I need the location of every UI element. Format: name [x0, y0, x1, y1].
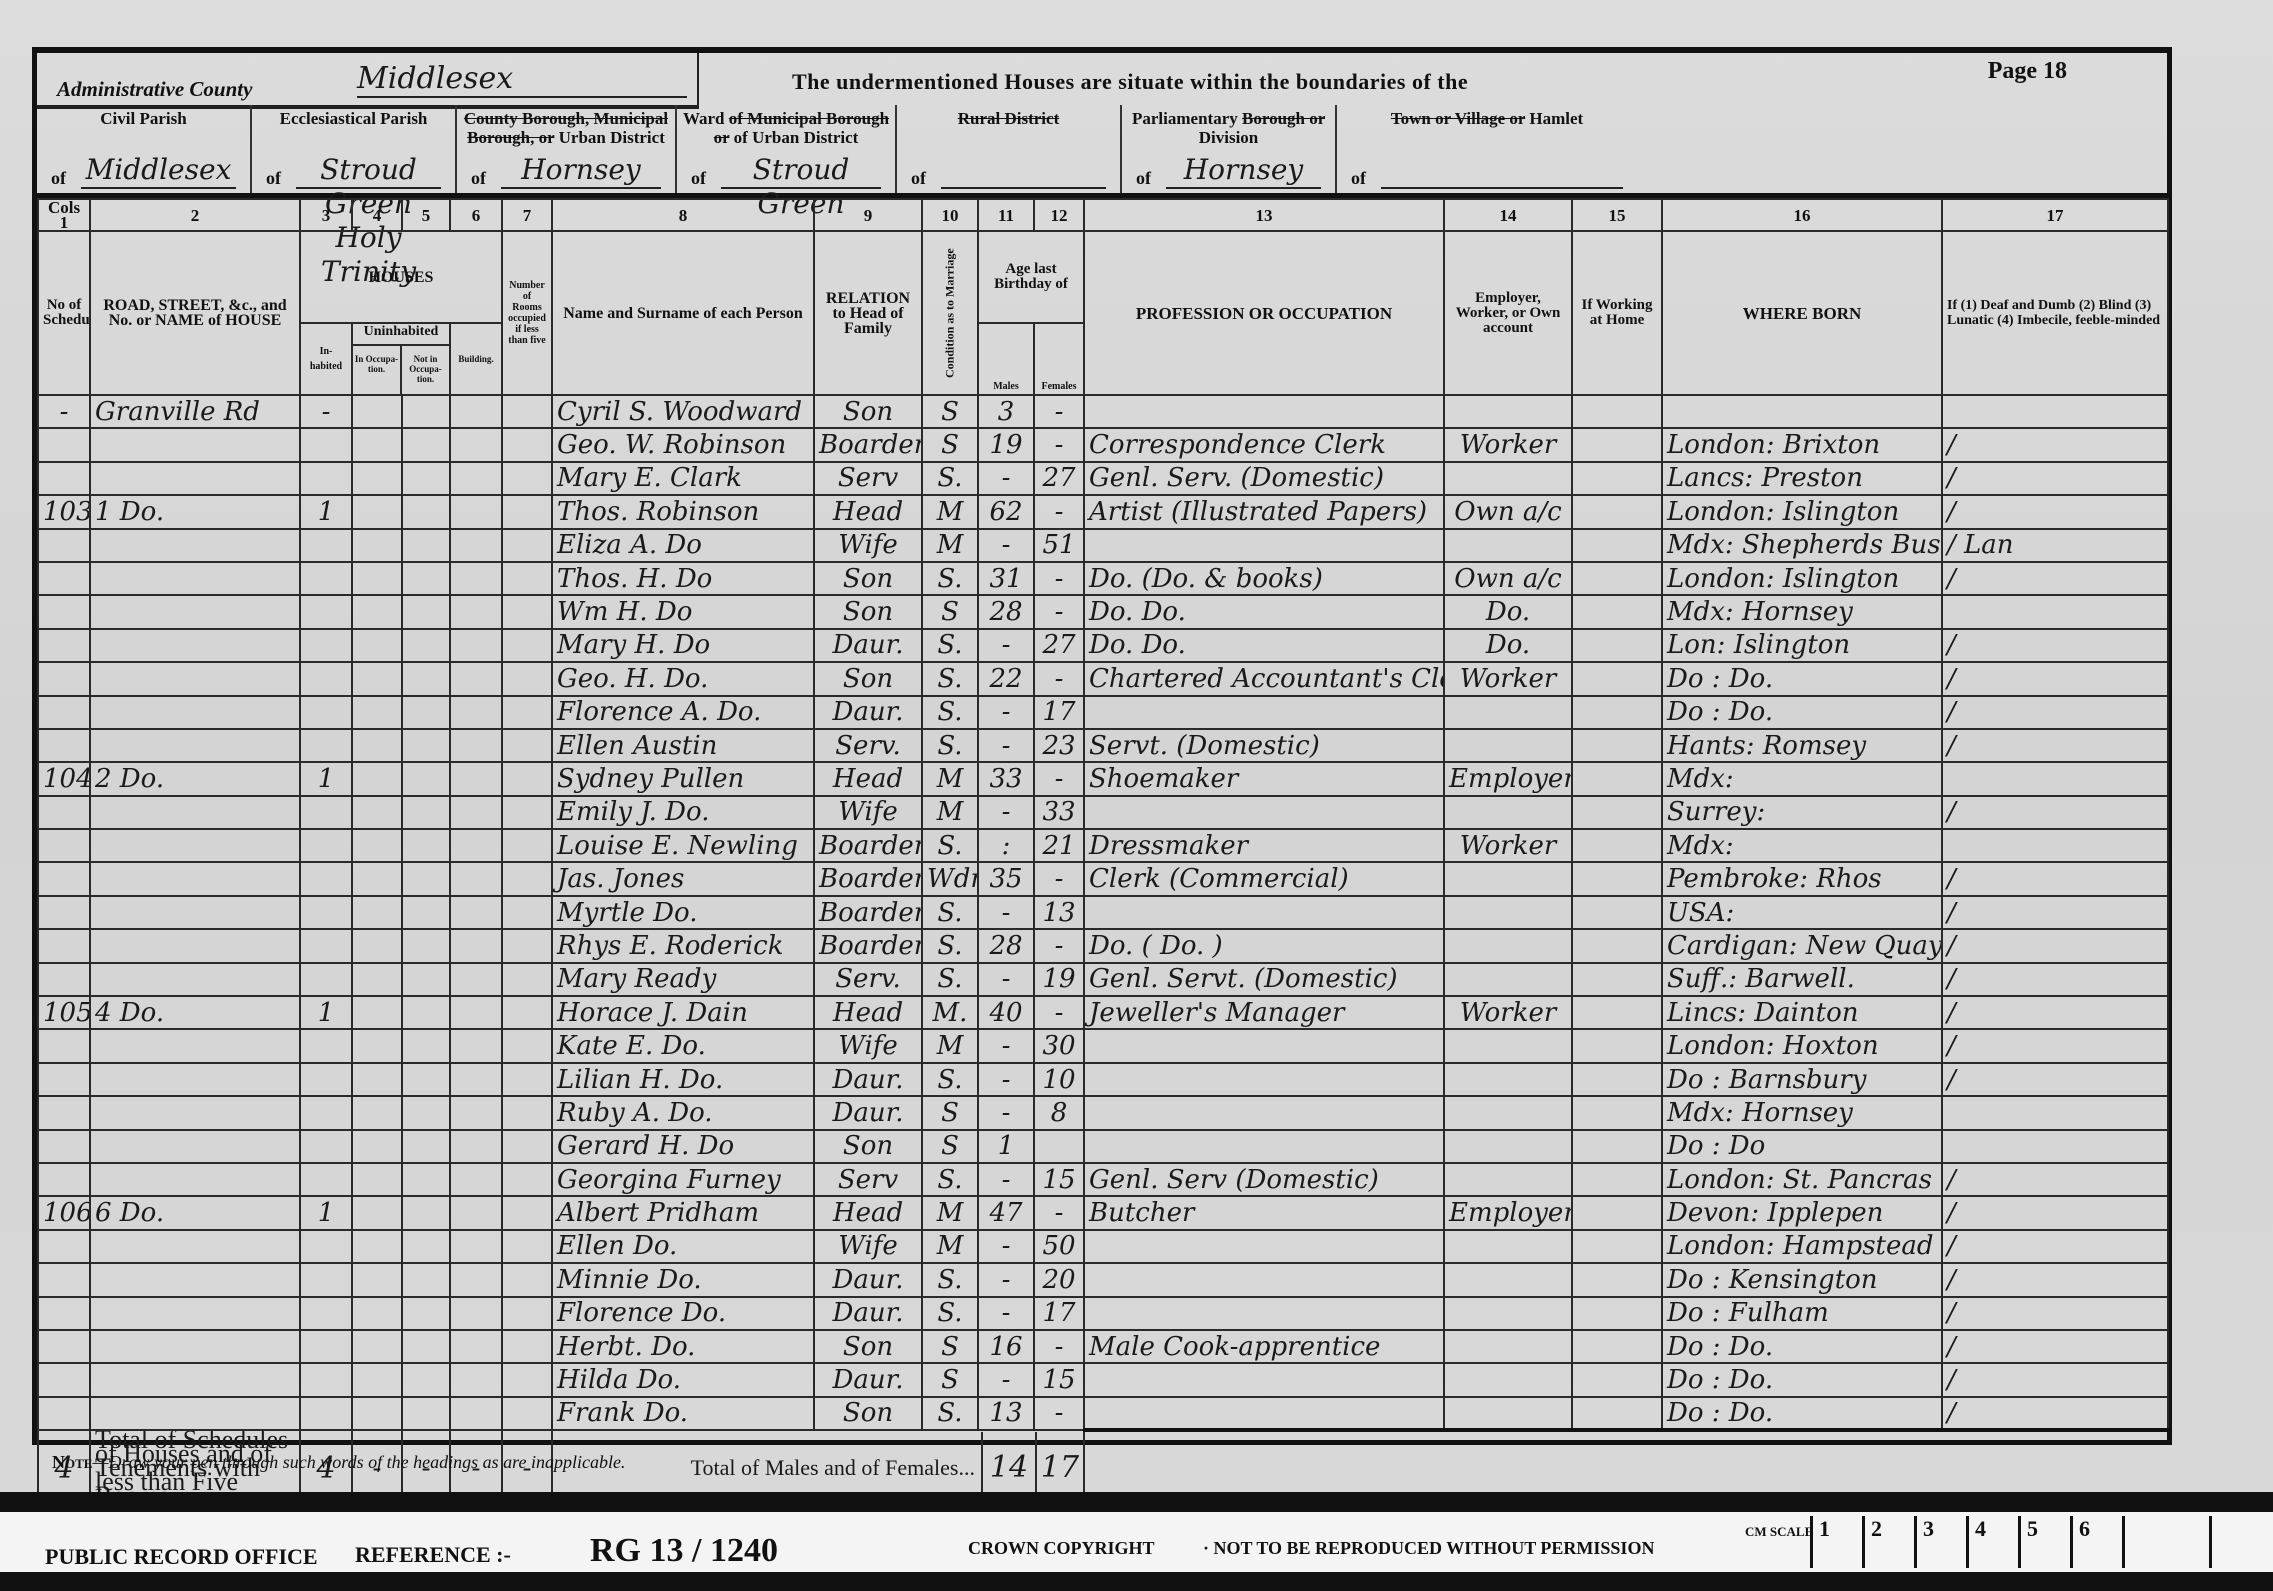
infirmity: / — [1942, 462, 2168, 495]
occupation: Genl. Serv. (Domestic) — [1084, 462, 1444, 495]
occupation — [1084, 1363, 1444, 1396]
uninhabited-not-in-occupation — [402, 495, 450, 528]
infirmity: / — [1942, 696, 2168, 729]
condition: M — [922, 1196, 978, 1229]
uninhabited-not-in-occupation — [402, 1130, 450, 1163]
table-row: Herbt. Do.SonS16-Male Cook-apprenticeDo … — [38, 1330, 2168, 1363]
age-female: - — [1034, 595, 1084, 628]
note-text: —Draw your pen through such words of the… — [92, 1452, 625, 1472]
infirmity: / — [1942, 796, 2168, 829]
road-address — [90, 862, 300, 895]
rooms — [502, 963, 552, 996]
occupation: Male Cook-apprentice — [1084, 1330, 1444, 1363]
table-row: Myrtle Do.BoarderS.-13USA:/ — [38, 896, 2168, 929]
infirmity — [1942, 595, 2168, 628]
infirmity — [1942, 762, 2168, 795]
condition: S. — [922, 1263, 978, 1296]
scale-mark: 5 — [2018, 1516, 2070, 1568]
building — [450, 1063, 502, 1096]
relation: Head — [814, 1196, 922, 1229]
area-value — [1381, 153, 1623, 189]
schedule-number — [38, 696, 90, 729]
relation: Head — [814, 762, 922, 795]
schedule-number — [38, 896, 90, 929]
where-born: Lincs: Dainton — [1662, 996, 1942, 1029]
person-name: Sydney Pullen — [552, 762, 814, 795]
where-born: Do : Do. — [1662, 662, 1942, 695]
age-male: 19 — [978, 428, 1034, 461]
working-at-home — [1572, 529, 1662, 562]
uninhabited-in-occupation — [352, 1196, 402, 1229]
age-female: - — [1034, 562, 1084, 595]
occupation — [1084, 696, 1444, 729]
area-value: Stroud Green — [721, 153, 881, 189]
table-row: Mary E. ClarkServS.-27Genl. Serv. (Domes… — [38, 462, 2168, 495]
building — [450, 395, 502, 428]
header-uninhabited: Uninhabited — [353, 324, 449, 346]
relation: Son — [814, 395, 922, 428]
employer-status — [1444, 1063, 1572, 1096]
working-at-home — [1572, 662, 1662, 695]
person-name: Horace J. Dain — [552, 996, 814, 1029]
building — [450, 696, 502, 729]
occupation: Genl. Serv (Domestic) — [1084, 1163, 1444, 1196]
schedule-number — [38, 1297, 90, 1330]
where-born: Mdx: — [1662, 829, 1942, 862]
where-born: Hants: Romsey — [1662, 729, 1942, 762]
header-employer: Employer, Worker, or Own account — [1444, 231, 1572, 395]
permission-notice: · NOT TO BE REPRODUCED WITHOUT PERMISSIO… — [1203, 1538, 1654, 1559]
inhabited — [300, 1063, 352, 1096]
working-at-home — [1572, 395, 1662, 428]
rooms — [502, 829, 552, 862]
person-name: Jas. Jones — [552, 862, 814, 895]
inhabited: 1 — [300, 1196, 352, 1229]
person-name: Mary Ready — [552, 963, 814, 996]
uninhabited-in-occupation — [352, 1163, 402, 1196]
road-address: 4 Do. — [90, 996, 300, 1029]
age-female: 15 — [1034, 1363, 1084, 1396]
age-female: - — [1034, 428, 1084, 461]
uninhabited-in-occupation — [352, 796, 402, 829]
uninhabited-not-in-occupation — [402, 1063, 450, 1096]
person-name: Gerard H. Do — [552, 1130, 814, 1163]
table-row: -Granville Rd-Cyril S. WoodwardSonS3- — [38, 395, 2168, 428]
column-number: 11 — [978, 199, 1034, 231]
employer-status — [1444, 1230, 1572, 1263]
infirmity: / — [1942, 428, 2168, 461]
scale-mark: 4 — [1966, 1516, 2018, 1568]
person-name: Eliza A. Do — [552, 529, 814, 562]
infirmity — [1942, 1096, 2168, 1129]
road-address — [90, 428, 300, 461]
table-row: 1054 Do.1Horace J. DainHeadM.40-Jeweller… — [38, 996, 2168, 1029]
person-name: Geo. W. Robinson — [552, 428, 814, 461]
uninhabited-not-in-occupation — [402, 829, 450, 862]
age-female: 8 — [1034, 1096, 1084, 1129]
age-female: - — [1034, 929, 1084, 962]
age-female: - — [1034, 762, 1084, 795]
table-row: Lilian H. Do.Daur.S.-10Do : Barnsbury/ — [38, 1063, 2168, 1096]
building — [450, 829, 502, 862]
infirmity: / — [1942, 963, 2168, 996]
header-houses: HOUSES — [300, 231, 502, 323]
table-row: Ellen Do.WifeM-50London: Hampstead/ — [38, 1230, 2168, 1263]
uninhabited-not-in-occupation — [402, 963, 450, 996]
infirmity: / — [1942, 1397, 2168, 1430]
column-number: 3 — [300, 199, 352, 231]
occupation — [1084, 1297, 1444, 1330]
age-male: 31 — [978, 562, 1034, 595]
uninhabited-not-in-occupation — [402, 1330, 450, 1363]
occupation: Dressmaker — [1084, 829, 1444, 862]
employer-status: Worker — [1444, 829, 1572, 862]
uninhabited-in-occupation — [352, 1330, 402, 1363]
employer-status — [1444, 1297, 1572, 1330]
age-female: 10 — [1034, 1063, 1084, 1096]
schedule-number — [38, 1263, 90, 1296]
infirmity: / — [1942, 1263, 2168, 1296]
uninhabited-in-occupation — [352, 996, 402, 1029]
page-number: Page 18 — [1988, 58, 2067, 85]
relation: Daur. — [814, 1297, 922, 1330]
admin-county-label: Administrative County — [57, 77, 252, 102]
working-at-home — [1572, 929, 1662, 962]
age-male: - — [978, 963, 1034, 996]
employer-status — [1444, 929, 1572, 962]
age-female: - — [1034, 495, 1084, 528]
uninhabited-in-occupation — [352, 529, 402, 562]
inhabited — [300, 963, 352, 996]
area-of: of — [1136, 168, 1151, 189]
rooms — [502, 428, 552, 461]
road-address — [90, 595, 300, 628]
schedule-number — [38, 963, 90, 996]
age-female: 17 — [1034, 1297, 1084, 1330]
inhabited — [300, 696, 352, 729]
person-name: Ellen Do. — [552, 1230, 814, 1263]
schedule-number — [38, 1363, 90, 1396]
working-at-home — [1572, 729, 1662, 762]
rooms — [502, 696, 552, 729]
employer-status — [1444, 1263, 1572, 1296]
schedule-number — [38, 729, 90, 762]
where-born: Do : Do. — [1662, 696, 1942, 729]
building — [450, 1196, 502, 1229]
occupation — [1084, 1397, 1444, 1430]
relation: Daur. — [814, 1096, 922, 1129]
inhabited — [300, 896, 352, 929]
relation: Wife — [814, 1029, 922, 1062]
employer-status — [1444, 529, 1572, 562]
where-born: USA: — [1662, 896, 1942, 929]
building — [450, 862, 502, 895]
person-name: Emily J. Do. — [552, 796, 814, 829]
rooms — [502, 896, 552, 929]
employer-status — [1444, 1397, 1572, 1430]
area-1: Ecclesiastical Parish ofStroud Green Hol… — [252, 105, 457, 193]
employer-status — [1444, 963, 1572, 996]
infirmity: / — [1942, 1063, 2168, 1096]
table-row: Louise E. NewlingBoarderS.:21DressmakerW… — [38, 829, 2168, 862]
table-row: Mary H. DoDaur.S.-27Do. Do.Do.Lon: Islin… — [38, 629, 2168, 662]
relation: Son — [814, 562, 922, 595]
road-address — [90, 1330, 300, 1363]
condition: M — [922, 762, 978, 795]
age-male: : — [978, 829, 1034, 862]
age-male: 3 — [978, 395, 1034, 428]
infirmity: / — [1942, 1230, 2168, 1263]
column-number: 8 — [552, 199, 814, 231]
schedule-number — [38, 829, 90, 862]
uninhabited-not-in-occupation — [402, 629, 450, 662]
column-number: 12 — [1034, 199, 1084, 231]
age-male: - — [978, 1029, 1034, 1062]
building — [450, 963, 502, 996]
road-address: 1 Do. — [90, 495, 300, 528]
relation: Son — [814, 595, 922, 628]
working-at-home — [1572, 1196, 1662, 1229]
occupation — [1084, 529, 1444, 562]
footer-band: PUBLIC RECORD OFFICE REFERENCE :- RG 13 … — [0, 1506, 2273, 1578]
road-address — [90, 796, 300, 829]
area-6: Town or Village or Hamletof — [1337, 105, 1637, 193]
occupation: Do. ( Do. ) — [1084, 929, 1444, 962]
where-born: London: Hoxton — [1662, 1029, 1942, 1062]
building — [450, 495, 502, 528]
column-number: 10 — [922, 199, 978, 231]
table-row: 1031 Do.1Thos. RobinsonHeadM62-Artist (I… — [38, 495, 2168, 528]
age-male: 35 — [978, 862, 1034, 895]
uninhabited-in-occupation — [352, 1263, 402, 1296]
relation: Boarder — [814, 896, 922, 929]
table-row: Ruby A. Do.Daur.S-8Mdx: Hornsey — [38, 1096, 2168, 1129]
table-row: Georgina FurneyServS.-15Genl. Serv (Dome… — [38, 1163, 2168, 1196]
header-in-occupation: In Occupa-tion. — [353, 346, 402, 394]
rooms — [502, 562, 552, 595]
schedule-number — [38, 862, 90, 895]
rooms — [502, 1163, 552, 1196]
person-name: Ellen Austin — [552, 729, 814, 762]
condition: M — [922, 495, 978, 528]
table-row: Eliza A. DoWifeM-51Mdx: Shepherds Bush/ … — [38, 529, 2168, 562]
occupation — [1084, 896, 1444, 929]
uninhabited-in-occupation — [352, 1130, 402, 1163]
schedule-number — [38, 662, 90, 695]
person-name: Ruby A. Do. — [552, 1096, 814, 1129]
inhabited — [300, 1096, 352, 1129]
working-at-home — [1572, 1263, 1662, 1296]
condition: S — [922, 1330, 978, 1363]
age-male: - — [978, 1163, 1034, 1196]
uninhabited-not-in-occupation — [402, 796, 450, 829]
condition: M — [922, 796, 978, 829]
uninhabited-in-occupation — [352, 395, 402, 428]
age-male: - — [978, 529, 1034, 562]
road-address — [90, 1263, 300, 1296]
building — [450, 462, 502, 495]
uninhabited-in-occupation — [352, 1063, 402, 1096]
working-at-home — [1572, 562, 1662, 595]
schedule-number — [38, 1063, 90, 1096]
inhabited — [300, 1263, 352, 1296]
infirmity: / — [1942, 562, 2168, 595]
building — [450, 629, 502, 662]
occupation: Shoemaker — [1084, 762, 1444, 795]
inhabited: 1 — [300, 996, 352, 1029]
employer-status: Worker — [1444, 428, 1572, 461]
building — [450, 562, 502, 595]
person-name: Rhys E. Roderick — [552, 929, 814, 962]
area-headings: Civil Parish ofMiddlesexEcclesiastical P… — [37, 105, 2167, 198]
area-label: Ward of Municipal Borough or of Urban Di… — [677, 109, 895, 147]
building — [450, 529, 502, 562]
uninhabited-not-in-occupation — [402, 462, 450, 495]
age-female: 50 — [1034, 1230, 1084, 1263]
relation: Serv. — [814, 963, 922, 996]
header-uninhabited-group: Uninhabited In Occupa-tion. Not in Occup… — [352, 323, 450, 395]
uninhabited-in-occupation — [352, 1096, 402, 1129]
age-female: 15 — [1034, 1163, 1084, 1196]
age-female: 33 — [1034, 796, 1084, 829]
schedule-number — [38, 629, 90, 662]
person-name: Geo. H. Do. — [552, 662, 814, 695]
building — [450, 729, 502, 762]
where-born: London: Islington — [1662, 495, 1942, 528]
uninhabited-in-occupation — [352, 896, 402, 929]
age-female: 13 — [1034, 896, 1084, 929]
table-row: Florence A. Do.Daur.S.-17Do : Do./ — [38, 696, 2168, 729]
reference-label: REFERENCE :- — [355, 1542, 511, 1568]
uninhabited-in-occupation — [352, 762, 402, 795]
age-female: 17 — [1034, 696, 1084, 729]
where-born: Do : Kensington — [1662, 1263, 1942, 1296]
occupation: Correspondence Clerk — [1084, 428, 1444, 461]
infirmity: / — [1942, 896, 2168, 929]
relation: Wife — [814, 1230, 922, 1263]
infirmity: / — [1942, 629, 2168, 662]
area-value: Hornsey — [501, 153, 661, 189]
road-address: Granville Rd — [90, 395, 300, 428]
uninhabited-not-in-occupation — [402, 529, 450, 562]
condition: S. — [922, 829, 978, 862]
working-at-home — [1572, 896, 1662, 929]
uninhabited-not-in-occupation — [402, 1297, 450, 1330]
person-name: Florence Do. — [552, 1297, 814, 1330]
age-male: 40 — [978, 996, 1034, 1029]
employer-status: Worker — [1444, 662, 1572, 695]
age-female: 30 — [1034, 1029, 1084, 1062]
person-name: Georgina Furney — [552, 1163, 814, 1196]
age-female — [1034, 1130, 1084, 1163]
area-3: Ward of Municipal Borough or of Urban Di… — [677, 105, 897, 193]
occupation: Genl. Servt. (Domestic) — [1084, 963, 1444, 996]
table-row: Kate E. Do.WifeM-30London: Hoxton/ — [38, 1029, 2168, 1062]
area-value: Stroud Green Holy Trinity — [296, 153, 441, 189]
column-number: 7 — [502, 199, 552, 231]
person-name: Thos. H. Do — [552, 562, 814, 595]
table-row: Florence Do.Daur.S.-17Do : Fulham/ — [38, 1297, 2168, 1330]
header-infirmity: If (1) Deaf and Dumb (2) Blind (3) Lunat… — [1942, 231, 2168, 395]
condition: S — [922, 1130, 978, 1163]
uninhabited-in-occupation — [352, 829, 402, 862]
rooms — [502, 629, 552, 662]
inhabited — [300, 462, 352, 495]
working-at-home — [1572, 1230, 1662, 1263]
table-row: Mary ReadyServ.S.-19Genl. Servt. (Domest… — [38, 963, 2168, 996]
header-occupation: PROFESSION OR OCCUPATION — [1084, 231, 1444, 395]
header-schedule: No of Schedule — [38, 231, 90, 395]
condition: S. — [922, 963, 978, 996]
condition: S. — [922, 1163, 978, 1196]
road-address: 2 Do. — [90, 762, 300, 795]
person-name: Hilda Do. — [552, 1363, 814, 1396]
schedule-number — [38, 1230, 90, 1263]
column-number: 9 — [814, 199, 922, 231]
person-name: Mary E. Clark — [552, 462, 814, 495]
age-female: 27 — [1034, 462, 1084, 495]
working-at-home — [1572, 862, 1662, 895]
where-born: Mdx: Hornsey — [1662, 595, 1942, 628]
working-at-home — [1572, 1096, 1662, 1129]
uninhabited-not-in-occupation — [402, 562, 450, 595]
area-label: Civil Parish — [37, 109, 250, 128]
inhabited — [300, 529, 352, 562]
working-at-home — [1572, 1029, 1662, 1062]
inhabited: - — [300, 395, 352, 428]
age-male: - — [978, 629, 1034, 662]
relation: Daur. — [814, 629, 922, 662]
rooms — [502, 1263, 552, 1296]
schedule-number — [38, 562, 90, 595]
age-female: 23 — [1034, 729, 1084, 762]
uninhabited-in-occupation — [352, 1363, 402, 1396]
age-female: - — [1034, 1196, 1084, 1229]
building — [450, 595, 502, 628]
person-name: Herbt. Do. — [552, 1330, 814, 1363]
area-2: County Borough, Municipal Borough, or Ur… — [457, 105, 677, 193]
road-address — [90, 629, 300, 662]
rooms — [502, 1096, 552, 1129]
rooms — [502, 996, 552, 1029]
relation: Wife — [814, 796, 922, 829]
where-born: Lon: Islington — [1662, 629, 1942, 662]
rooms — [502, 495, 552, 528]
schedule-number — [38, 595, 90, 628]
area-of: of — [1351, 168, 1366, 189]
occupation: Artist (Illustrated Papers) — [1084, 495, 1444, 528]
employer-status — [1444, 395, 1572, 428]
rooms — [502, 1130, 552, 1163]
building — [450, 1230, 502, 1263]
working-at-home — [1572, 1397, 1662, 1430]
age-female: - — [1034, 1397, 1084, 1430]
inhabited — [300, 595, 352, 628]
inhabited — [300, 1330, 352, 1363]
building — [450, 1096, 502, 1129]
condition: S. — [922, 1063, 978, 1096]
working-at-home — [1572, 696, 1662, 729]
area-label: Town or Village or Hamlet — [1337, 109, 1637, 128]
employer-status — [1444, 462, 1572, 495]
relation: Boarder — [814, 862, 922, 895]
road-address — [90, 696, 300, 729]
occupation: Do. Do. — [1084, 629, 1444, 662]
uninhabited-not-in-occupation — [402, 1096, 450, 1129]
uninhabited-not-in-occupation — [402, 428, 450, 461]
area-5: Parliamentary Borough or DivisionofHorns… — [1122, 105, 1337, 193]
person-name: Thos. Robinson — [552, 495, 814, 528]
